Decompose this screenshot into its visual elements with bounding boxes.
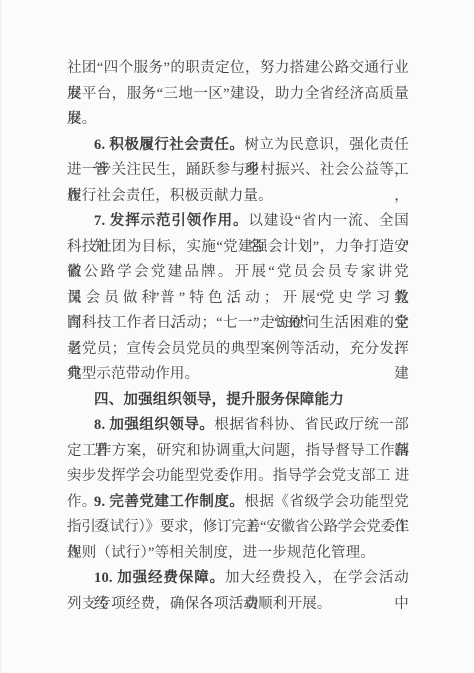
text-line: 省公路学会党建品牌。开展“党员会员专家讲党课”、“党: [67, 260, 409, 286]
text-line: 科技社团为目标，实施“党建强会计划”，力争打造安徽: [67, 235, 409, 261]
text-line: 指引（试行）》要求，修订完善“安徽省公路学会党委工作: [67, 515, 409, 541]
text-line: 规则（试行）”等相关制度，进一步规范化管理。: [67, 541, 409, 567]
text-line: 展。: [67, 107, 409, 133]
line-text: 履行社会责任，积极贡献力量。: [67, 188, 273, 204]
text-line: 一步发挥学会功能型党委作用。指导学会党支部工作。: [67, 464, 409, 490]
text-line: 定工作方案，研究和协调重大问题，指导督导工作落实，进: [67, 439, 409, 465]
text-line-item-9: 9. 完善党建工作制度。根据《省级学会功能型党委工作: [67, 490, 409, 516]
text-line-item-10: 10. 加强经费保障。加大经费投入，在学会活动经费中: [67, 566, 409, 592]
section-heading: 四、加强组织领导，提升服务保障能力: [67, 388, 409, 414]
text-line: 进一步关注民生，踊跃参与乡村振兴、社会公益等工作，: [67, 158, 409, 184]
section-heading-text: 四、加强组织领导，提升服务保障能力: [94, 392, 344, 408]
item-10-lead: 10. 加强经费保障。: [94, 570, 225, 586]
text-line: 员会员做科普”特色活动；开展党史学习教育、“530”全: [67, 286, 409, 312]
item-6-lead: 6. 积极履行社会责任。: [94, 137, 244, 153]
scan-left-edge-shadow: [0, 0, 2, 673]
text-line: 展平台，服务“三地一区”建设，助力全省经济高质量发: [67, 82, 409, 108]
line-text: 规则（试行）”等相关制度，进一步规范化管理。: [67, 545, 375, 561]
document-text-block: 社团“四个服务”的职责定位，努力搭建公路交通行业发 展平台，服务“三地一区”建设…: [67, 56, 409, 617]
text-line-item-7: 7. 发挥示范引领作用。以建设“省内一流、全国知名”: [67, 209, 409, 235]
text-line-item-8: 8. 加强组织领导。根据省科协、省民政厅统一部署，制: [67, 413, 409, 439]
line-text: 列支专项经费，确保各项活动顺利开展。: [67, 596, 332, 612]
text-line-item-6: 6. 积极履行社会责任。树立为民意识，强化责任管理，: [67, 133, 409, 159]
item-7-lead: 7. 发挥示范引领作用。: [94, 213, 248, 229]
line-text: 展。: [67, 111, 96, 127]
item-8-lead: 8. 加强组织领导。: [94, 417, 214, 433]
text-line: 社团“四个服务”的职责定位，努力搭建公路交通行业发: [67, 56, 409, 82]
text-line: 老党员；宣传会员党员的典型案例等活动，充分发挥党建: [67, 337, 409, 363]
line-text: 典型示范带动作用。: [67, 366, 199, 382]
text-line: 国科技工作者日活动；“七一”走访慰问生活困难的党员、: [67, 311, 409, 337]
item-9-lead: 9. 完善党建工作制度。: [94, 494, 244, 510]
